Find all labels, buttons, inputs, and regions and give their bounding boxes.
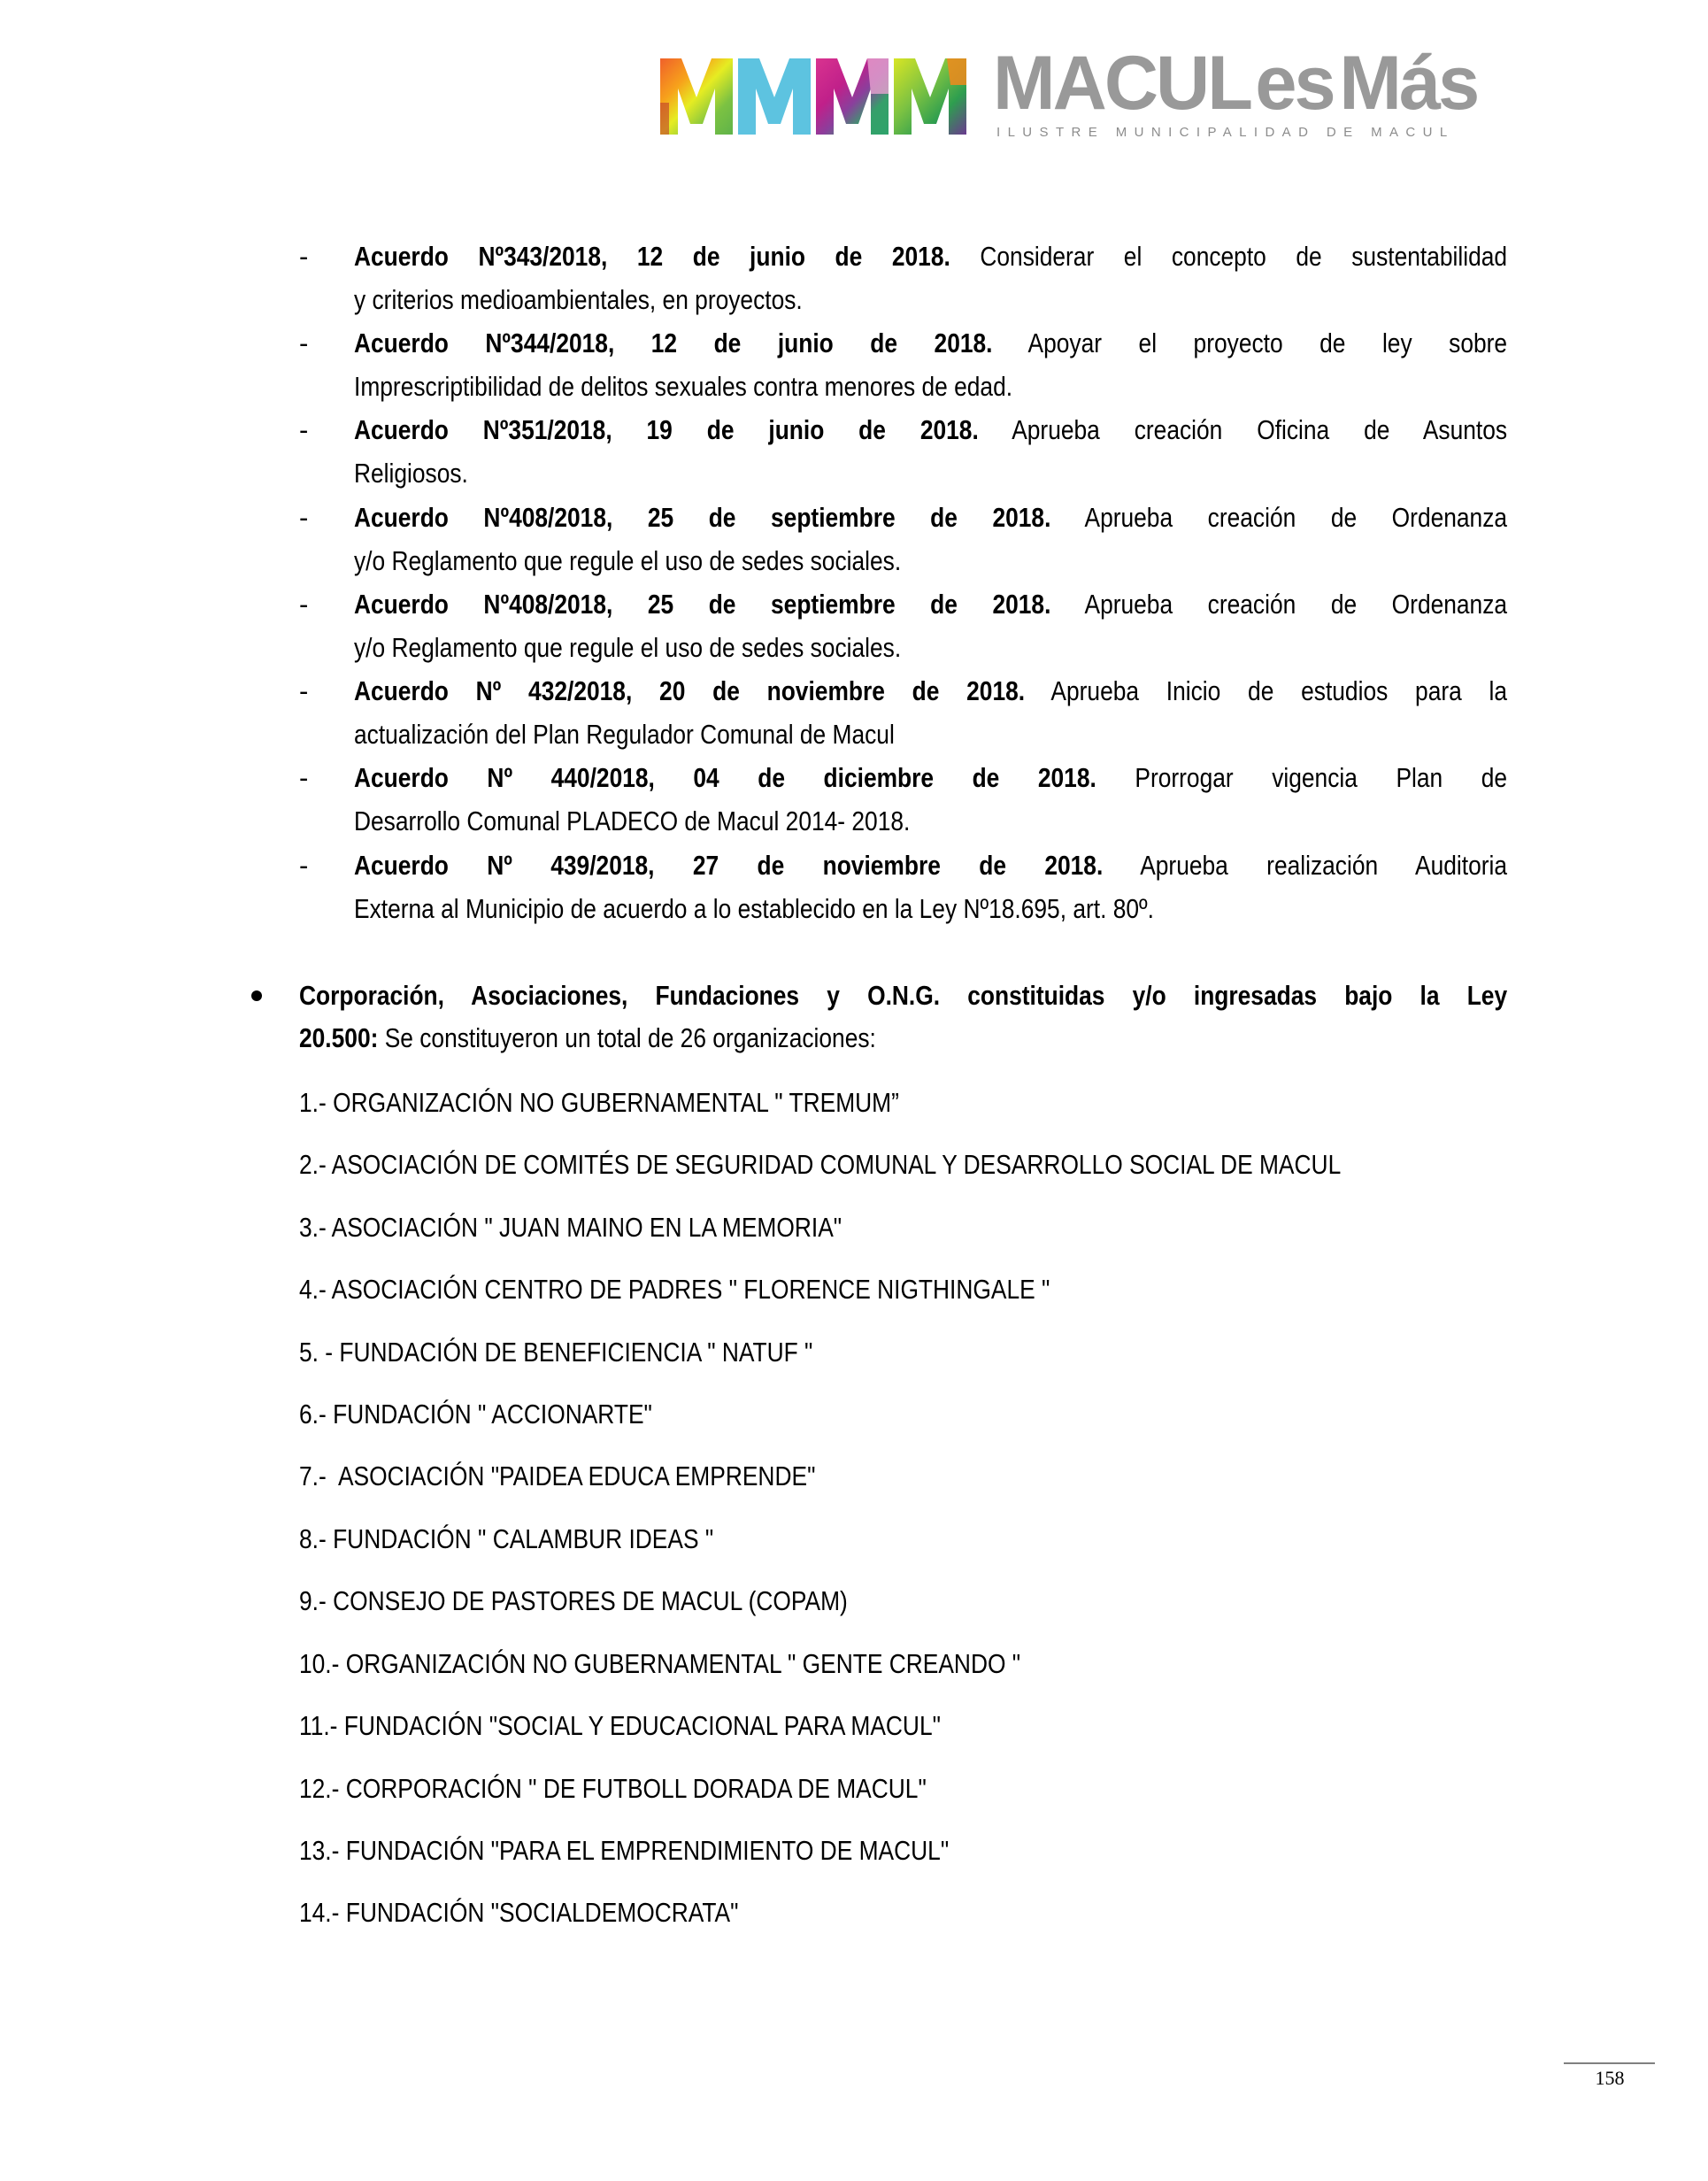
logo-wordmark: MACUL es Más — [993, 39, 1477, 127]
list-item: 9.- CONSEJO DE PASTORES DE MACUL (COPAM) — [299, 1585, 848, 1617]
organizaciones-summary: Se constituyeron un total de 26 organiza… — [378, 1022, 876, 1053]
page-number: 158 — [1565, 2068, 1655, 2089]
organizaciones-heading-line-2: 20.500: Se constituyeron un total de 26 … — [299, 1022, 876, 1054]
dash-marker: - — [299, 502, 308, 534]
logo-letter-m-3-icon — [816, 58, 889, 135]
acuerdo-line-1: Acuerdo Nº 432/2018, 20 de noviembre de … — [354, 675, 1507, 707]
header-logo: MACUL es Más ILUSTRE MUNICIPALIDAD DE MA… — [0, 0, 1708, 168]
list-item: 1.- ORGANIZACIÓN NO GUBERNAMENTAL " TREM… — [299, 1087, 899, 1119]
acuerdo-description: Aprueba creación de Ordenanza — [1084, 502, 1507, 533]
dash-marker: - — [299, 241, 308, 273]
acuerdo-line-2: actualización del Plan Regulador Comunal… — [354, 719, 895, 751]
dash-marker: - — [299, 850, 308, 882]
law-number: 20.500: — [299, 1022, 378, 1053]
acuerdo-line-1: Acuerdo Nº344/2018, 12 de junio de 2018.… — [354, 328, 1507, 359]
acuerdo-line-2: y/o Reglamento que regule el uso de sede… — [354, 632, 901, 664]
acuerdo-title: Acuerdo Nº408/2018, 25 de septiembre de … — [354, 589, 1050, 620]
acuerdo-description: Aprueba creación Oficina de Asuntos — [1012, 414, 1507, 445]
acuerdo-line-2: y criterios medioambientales, en proyect… — [354, 284, 803, 316]
list-item: 2.- ASOCIACIÓN DE COMITÉS DE SEGURIDAD C… — [299, 1149, 1341, 1181]
dash-marker: - — [299, 675, 308, 707]
list-item: 5. - FUNDACIÓN DE BENEFICIENCIA " NATUF … — [299, 1337, 812, 1368]
acuerdo-line-1: Acuerdo Nº343/2018, 12 de junio de 2018.… — [354, 241, 1507, 273]
acuerdo-title: Acuerdo Nº343/2018, 12 de junio de 2018. — [354, 241, 950, 272]
acuerdo-title: Acuerdo Nº351/2018, 19 de junio de 2018. — [354, 414, 979, 445]
page-number-rule — [1564, 2062, 1655, 2064]
acuerdo-line-1: Acuerdo Nº408/2018, 25 de septiembre de … — [354, 589, 1507, 620]
acuerdo-line-1: Acuerdo Nº351/2018, 19 de junio de 2018.… — [354, 414, 1507, 446]
acuerdo-title: Acuerdo Nº344/2018, 12 de junio de 2018. — [354, 328, 992, 358]
acuerdo-title: Acuerdo Nº408/2018, 25 de septiembre de … — [354, 502, 1050, 533]
acuerdo-line-2: Religiosos. — [354, 458, 468, 489]
acuerdo-description: Considerar el concepto de sustentabilida… — [980, 241, 1507, 272]
list-item: 6.- FUNDACIÓN " ACCIONARTE" — [299, 1399, 652, 1430]
list-item: 3.- ASOCIACIÓN " JUAN MAINO EN LA MEMORI… — [299, 1212, 842, 1244]
dash-marker: - — [299, 762, 308, 794]
logo-letter-m-1-icon — [660, 58, 733, 135]
logo-subtitle: ILUSTRE MUNICIPALIDAD DE MACUL — [996, 124, 1455, 142]
list-item: 14.- FUNDACIÓN "SOCIALDEMOCRATA" — [299, 1897, 738, 1929]
acuerdo-description: Aprueba Inicio de estudios para la — [1050, 675, 1507, 706]
acuerdo-line-2: y/o Reglamento que regule el uso de sede… — [354, 545, 901, 577]
acuerdo-line-1: Acuerdo Nº 439/2018, 27 de noviembre de … — [354, 850, 1507, 882]
acuerdo-description: Prorrogar vigencia Plan de — [1135, 762, 1507, 793]
acuerdo-line-2: Desarrollo Comunal PLADECO de Macul 2014… — [354, 805, 910, 837]
acuerdo-description: Aprueba creación de Ordenanza — [1084, 589, 1507, 620]
list-item: 11.- FUNDACIÓN "SOCIAL Y EDUCACIONAL PAR… — [299, 1710, 941, 1742]
organizaciones-heading: Corporación, Asociaciones, Fundaciones y… — [299, 980, 1507, 1011]
acuerdo-description: Aprueba realización Auditoria — [1140, 850, 1507, 881]
acuerdo-line-1: Acuerdo Nº408/2018, 25 de septiembre de … — [354, 502, 1507, 534]
organizaciones-heading-line-1: Corporación, Asociaciones, Fundaciones y… — [299, 980, 1507, 1012]
acuerdo-title: Acuerdo Nº 439/2018, 27 de noviembre de … — [354, 850, 1103, 881]
list-item: 8.- FUNDACIÓN " CALAMBUR IDEAS " — [299, 1523, 713, 1555]
bullet-icon — [251, 990, 262, 1001]
acuerdo-line-1: Acuerdo Nº 440/2018, 04 de diciembre de … — [354, 762, 1507, 794]
acuerdo-description: Apoyar el proyecto de ley sobre — [1028, 328, 1508, 358]
acuerdo-title: Acuerdo Nº 440/2018, 04 de diciembre de … — [354, 762, 1096, 793]
list-item: 10.- ORGANIZACIÓN NO GUBERNAMENTAL " GEN… — [299, 1648, 1020, 1680]
list-item: 13.- FUNDACIÓN "PARA EL EMPRENDIMIENTO D… — [299, 1835, 949, 1867]
acuerdo-line-2: Imprescriptibilidad de delitos sexuales … — [354, 371, 1012, 403]
dash-marker: - — [299, 589, 308, 620]
logo-letter-m-4-icon — [894, 58, 966, 135]
dash-marker: - — [299, 328, 308, 359]
list-item: 12.- CORPORACIÓN " DE FUTBOLL DORADA DE … — [299, 1773, 927, 1805]
dash-marker: - — [299, 414, 308, 446]
list-item: 7.- ASOCIACIÓN "PAIDEA EDUCA EMPRENDE" — [299, 1460, 815, 1492]
list-item: 4.- ASOCIACIÓN CENTRO DE PADRES " FLOREN… — [299, 1274, 1050, 1306]
logo-letter-m-2-icon — [738, 58, 811, 135]
acuerdo-title: Acuerdo Nº 432/2018, 20 de noviembre de … — [354, 675, 1025, 706]
acuerdo-line-2: Externa al Municipio de acuerdo a lo est… — [354, 893, 1154, 925]
